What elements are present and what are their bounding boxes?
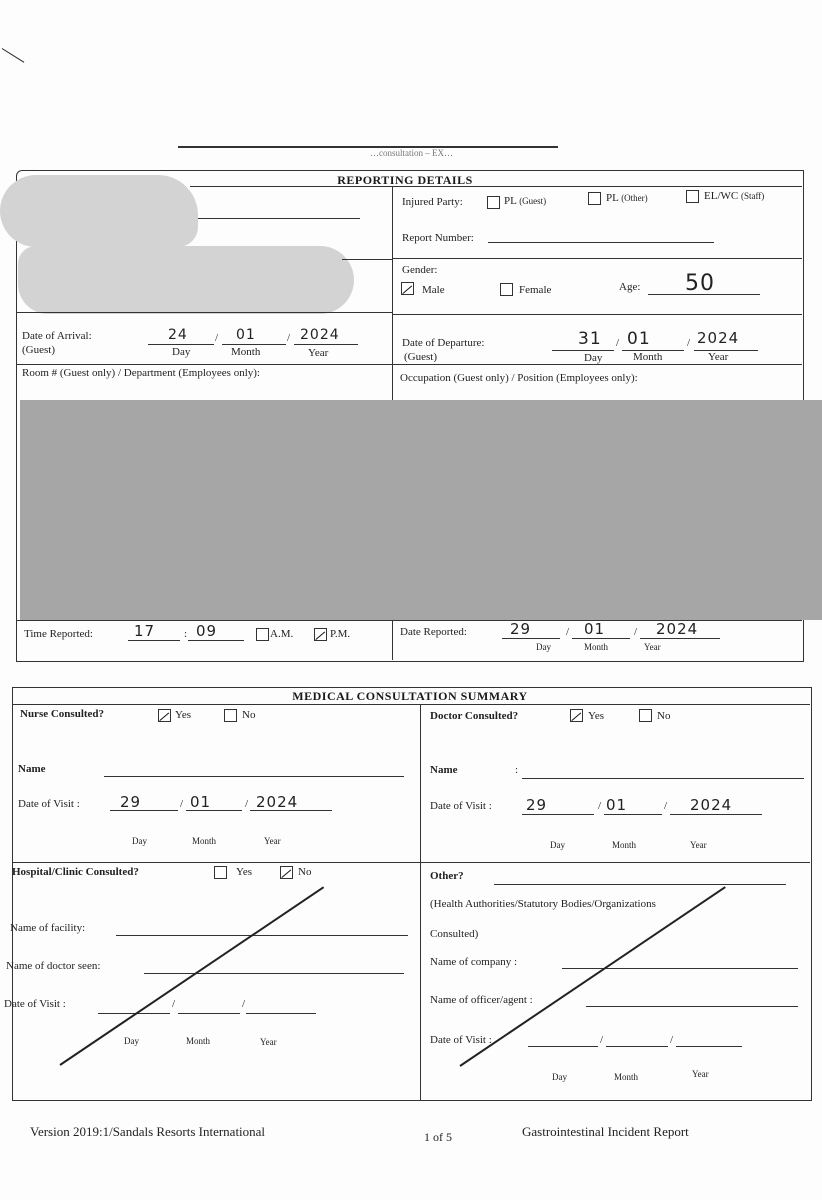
doctor-visit-day[interactable]: 29	[526, 796, 547, 814]
departure-year[interactable]: 2024	[697, 329, 739, 347]
other-question: Other?	[430, 870, 464, 882]
hospital-yes-checkbox[interactable]	[214, 866, 227, 879]
nurse-yes-label: Yes	[175, 709, 191, 721]
date-reported-day[interactable]: 29	[510, 620, 531, 638]
nurse-no-checkbox[interactable]	[224, 709, 237, 722]
date-reported-day-label: Day	[536, 642, 551, 652]
hospital-month-label: Month	[186, 1036, 210, 1046]
injured-party-label: Injured Party:	[402, 196, 463, 208]
doctor-yes-label: Yes	[588, 710, 604, 722]
arrival-day-label: Day	[172, 346, 190, 358]
nurse-visit-month[interactable]: 01	[190, 793, 211, 811]
time-am-checkbox[interactable]	[256, 628, 269, 641]
departure-day-label: Day	[584, 352, 602, 364]
company-field[interactable]	[562, 968, 798, 969]
hospital-day-label: Day	[124, 1036, 139, 1046]
hospital-visit-label: Date of Visit :	[4, 998, 66, 1010]
other-visit-label: Date of Visit :	[430, 1034, 492, 1046]
gender-label: Gender:	[402, 264, 437, 276]
arrival-label: Date of Arrival:	[22, 330, 92, 342]
officer-label: Name of officer/agent :	[430, 994, 533, 1006]
nurse-name-label: Name	[18, 763, 46, 775]
doctor-seen-label: Name of doctor seen:	[6, 960, 100, 972]
date-reported-month[interactable]: 01	[584, 620, 605, 638]
other-year-label: Year	[692, 1069, 709, 1079]
hospital-yes-label: Yes	[236, 866, 252, 878]
gender-male-checkbox[interactable]	[401, 282, 414, 295]
elwc-staff-label: EL/WC (Staff)	[704, 190, 764, 202]
departure-sublabel: (Guest)	[404, 351, 437, 363]
nurse-month-label: Month	[192, 836, 216, 846]
departure-label: Date of Departure:	[402, 337, 484, 349]
pl-other-label: PL (Other)	[606, 192, 648, 204]
arrival-month[interactable]: 01	[236, 327, 256, 343]
doctor-no-checkbox[interactable]	[639, 709, 652, 722]
other-month-label: Month	[614, 1072, 638, 1082]
company-label: Name of company :	[430, 956, 517, 968]
hospital-no-label: No	[298, 866, 311, 878]
departure-year-label: Year	[708, 351, 728, 363]
doctor-name-label: Name	[430, 764, 458, 776]
nurse-visit-year[interactable]: 2024	[256, 793, 298, 811]
doctor-seen-field[interactable]	[144, 973, 404, 974]
doctor-year-label: Year	[690, 840, 707, 850]
gender-female-label: Female	[519, 284, 551, 296]
occupation-position-label: Occupation (Guest only) / Position (Empl…	[400, 372, 638, 384]
pl-guest-label: PL (Guest)	[504, 195, 546, 207]
date-reported-year-label: Year	[644, 642, 661, 652]
medical-column-divider	[420, 704, 421, 1100]
other-desc-line1: (Health Authorities/Statutory Bodies/Org…	[430, 898, 656, 910]
nurse-day-label: Day	[132, 836, 147, 846]
departure-month-label: Month	[633, 351, 662, 363]
injured-party-elwc-staff-checkbox[interactable]	[686, 190, 699, 203]
officer-field[interactable]	[586, 1006, 798, 1007]
nurse-consulted-question: Nurse Consulted?	[20, 708, 104, 720]
time-hour[interactable]: 17	[134, 622, 155, 640]
arrival-month-label: Month	[231, 346, 260, 358]
nurse-visit-label: Date of Visit :	[18, 798, 80, 810]
top-cut-text: …consultation – EX…	[370, 148, 453, 158]
report-number-label: Report Number:	[402, 232, 474, 244]
departure-month[interactable]: 01	[627, 329, 651, 349]
age-label: Age:	[619, 281, 640, 293]
redacted-personal-info	[0, 175, 198, 247]
facility-label: Name of facility:	[10, 922, 85, 934]
other-desc-line2: Consulted)	[430, 928, 478, 940]
time-minute[interactable]: 09	[196, 622, 217, 640]
doctor-name-field[interactable]	[522, 778, 804, 779]
footer-report-title: Gastrointestinal Incident Report	[522, 1124, 689, 1140]
nurse-year-label: Year	[264, 836, 281, 846]
nurse-yes-checkbox[interactable]	[158, 709, 171, 722]
injured-party-pl-guest-checkbox[interactable]	[487, 196, 500, 209]
doctor-visit-label: Date of Visit :	[430, 800, 492, 812]
time-pm-label: P.M.	[330, 628, 350, 640]
age-value[interactable]: 50	[685, 271, 715, 296]
heading-rule	[190, 186, 802, 187]
time-am-label: A.M.	[270, 628, 293, 640]
report-number-field[interactable]	[488, 242, 714, 243]
room-department-label: Room # (Guest only) / Department (Employ…	[22, 367, 260, 379]
time-pm-checkbox[interactable]	[314, 628, 327, 641]
hospital-year-label: Year	[260, 1037, 277, 1047]
date-reported-year[interactable]: 2024	[656, 620, 698, 638]
footer-version: Version 2019:1/Sandals Resorts Internati…	[30, 1124, 265, 1140]
doctor-consulted-question: Doctor Consulted?	[430, 710, 518, 722]
time-reported-label: Time Reported:	[24, 628, 93, 640]
date-reported-month-label: Month	[584, 642, 608, 652]
nurse-no-label: No	[242, 709, 255, 721]
arrival-year[interactable]: 2024	[300, 327, 340, 343]
arrival-sublabel: (Guest)	[22, 344, 55, 356]
top-rule	[178, 146, 558, 148]
injured-party-pl-other-checkbox[interactable]	[588, 192, 601, 205]
doctor-month-label: Month	[612, 840, 636, 850]
other-field[interactable]	[494, 884, 786, 885]
medical-summary-heading: MEDICAL CONSULTATION SUMMARY	[230, 689, 590, 704]
stray-pen-mark	[2, 48, 25, 63]
doctor-yes-checkbox[interactable]	[570, 709, 583, 722]
gender-male-label: Male	[422, 284, 445, 296]
redacted-personal-info-2	[18, 246, 354, 314]
departure-day[interactable]: 31	[578, 329, 602, 349]
redacted-incident-details	[20, 400, 822, 620]
hospital-consulted-question: Hospital/Clinic Consulted?	[12, 866, 139, 878]
hospital-no-checkbox[interactable]	[280, 866, 293, 879]
arrival-year-label: Year	[308, 347, 328, 359]
gender-female-checkbox[interactable]	[500, 283, 513, 296]
footer-page-number: 1 of 5	[424, 1130, 452, 1145]
doctor-no-label: No	[657, 710, 670, 722]
nurse-visit-day[interactable]: 29	[120, 793, 141, 811]
date-reported-label: Date Reported:	[400, 626, 467, 638]
doctor-visit-month[interactable]: 01	[606, 796, 627, 814]
doctor-visit-year[interactable]: 2024	[690, 796, 732, 814]
arrival-day[interactable]: 24	[168, 327, 188, 343]
nurse-name-field[interactable]	[104, 776, 404, 777]
other-day-label: Day	[552, 1072, 567, 1082]
facility-field[interactable]	[116, 935, 408, 936]
doctor-day-label: Day	[550, 840, 565, 850]
